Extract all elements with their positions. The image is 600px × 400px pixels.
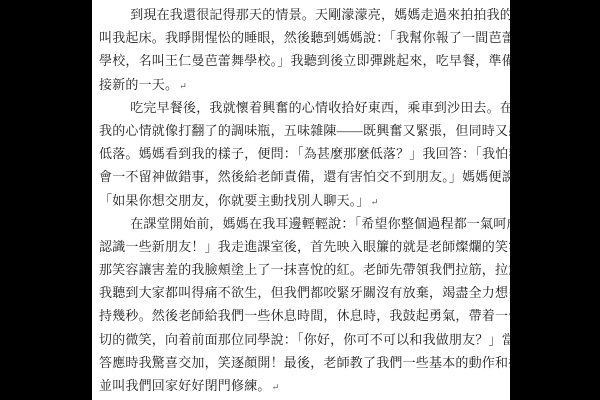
- text-line: 接新的一天。↵: [99, 73, 496, 96]
- document-page: 到現在我還很記得那天的情景。天剛濛濛亮，媽媽走過來拍拍我的肩膀，叫我起床。我睜開…: [92, 0, 510, 400]
- letterbox-left: [0, 0, 92, 400]
- text-line: 認識一些新朋友！」我走進課室後，首先映入眼簾的就是老師燦爛的笑容，: [99, 235, 496, 258]
- text-line: 到現在我還很記得那天的情景。天剛濛濛亮，媽媽走過來拍拍我的肩膀，: [99, 3, 496, 26]
- text-line: 在課堂開始前，媽媽在我耳邊輕輕說：「希望你整個過程都一氣呵成，: [99, 212, 496, 235]
- paragraph-mark-icon: ↵: [371, 197, 379, 207]
- text-line: 答應時我驚喜交加，笑逐顏開！最後，老師教了我們一些基本的動作和技巧，: [99, 351, 496, 374]
- text-line: 我聽到大家都叫得痛不欲生，但我們都咬緊牙關沒有放棄，竭盡全力想多支: [99, 281, 496, 304]
- text-line: 叫我起床。我睜開惺忪的睡眼，然後聽到媽媽說：「我幫你報了一間芭蕾舞: [99, 26, 496, 49]
- text-line: 會一不留神做錯事，然後給老師責備，還有害怕交不到朋友。」媽媽便說：: [99, 165, 496, 188]
- text-line: 「如果你想交朋友，你就要主動找別人聊天。」↵: [99, 189, 496, 212]
- text-line: 那笑容讓害羞的我臉頰塗上了一抹喜悅的紅。老師先帶領我們拉筋，拉筋時，: [99, 258, 496, 281]
- paragraph-mark-icon: ↵: [272, 382, 280, 392]
- essay-text: 到現在我還很記得那天的情景。天剛濛濛亮，媽媽走過來拍拍我的肩膀，叫我起床。我睜開…: [99, 3, 496, 397]
- text-line: 低落。媽媽看到我的樣子，便問：「為甚麼那麼低落？」我回答：「我怕我: [99, 142, 496, 165]
- text-line: 切的微笑，向着前面那位同學說：「你好，你可不可以和我做朋友？」當她: [99, 328, 496, 351]
- paragraph-mark-icon: ↵: [179, 81, 187, 91]
- text-line: 我的心情就像打翻了的調味瓶，五味雜陳——既興奮又緊張，但同時又感到: [99, 119, 496, 142]
- screen: 到現在我還很記得那天的情景。天剛濛濛亮，媽媽走過來拍拍我的肩膀，叫我起床。我睜開…: [0, 0, 600, 400]
- text-line: 並叫我們回家好好閉門修練。↵: [99, 374, 496, 397]
- letterbox-right: [510, 0, 600, 400]
- text-line: 吃完早餐後，我就懷着興奮的心情收拾好東西，乘車到沙田去。在車上，: [99, 96, 496, 119]
- text-line: 持幾秒。然後老師給我們一些休息時間，休息時，我鼓起勇氣，帶着一個親: [99, 304, 496, 327]
- text-line: 學校，名叫王仁曼芭蕾舞學校。」我聽到後立即彈跳起來，吃早餐，準備迎: [99, 49, 496, 72]
